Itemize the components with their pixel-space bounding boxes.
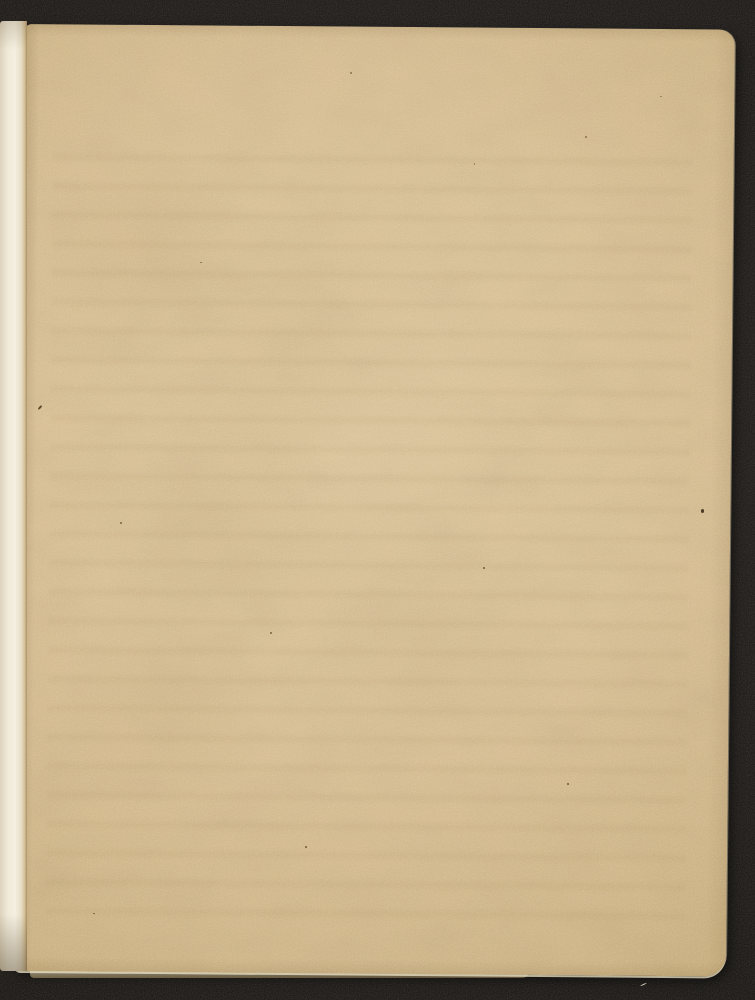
paper-speck (640, 983, 647, 987)
fore-edge-strip (0, 21, 27, 971)
book-page (15, 24, 735, 977)
page-mottle-texture (15, 24, 735, 977)
scan-surface (0, 0, 755, 1000)
page-showthrough-texture (45, 134, 693, 939)
page-grain-texture (15, 24, 735, 977)
